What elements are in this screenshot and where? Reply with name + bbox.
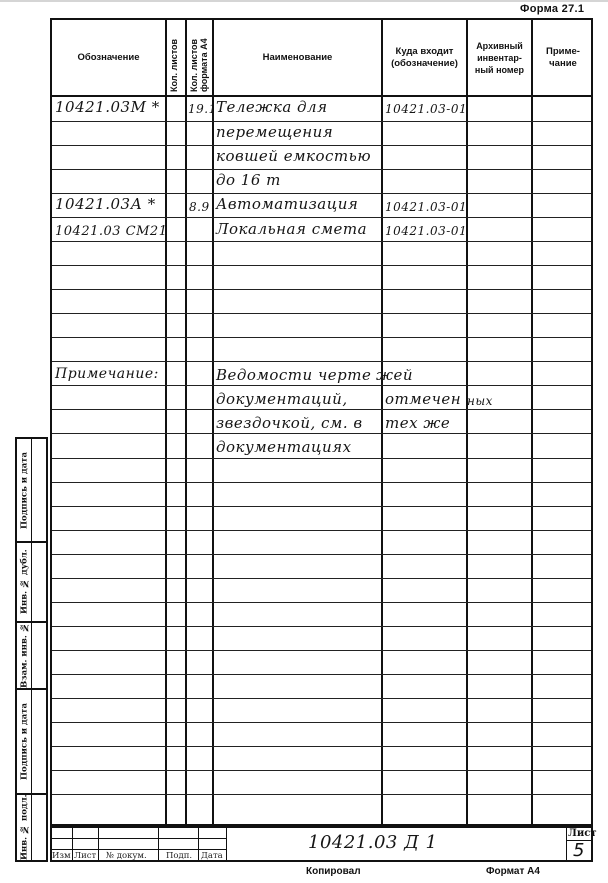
row-divider	[52, 265, 591, 266]
col-divider	[212, 20, 214, 824]
row-divider	[52, 554, 591, 555]
row-13-archive: ных	[467, 394, 493, 408]
title-block: Изм Лист № докум. Подп. Дата 10421.03 Д …	[50, 816, 593, 862]
row-divider	[52, 337, 591, 338]
side-stamp-duplicate-inv-no: Инв. № дубл.	[18, 543, 31, 621]
col-divider	[381, 20, 383, 824]
header-sheet-count-a4: Кол. листов	[189, 24, 199, 92]
row-divider	[52, 506, 591, 507]
row-divider	[52, 289, 591, 290]
header-note: Приме- чание	[533, 20, 593, 95]
header-designation: Обозначение	[52, 20, 165, 95]
row-5-name: Автоматизация	[216, 195, 358, 213]
row-divider	[52, 458, 591, 459]
side-stamp-replaced-inv-no: Взам. инв. №	[18, 623, 31, 688]
row-14-name: звездочкой, см. в	[216, 414, 363, 432]
row-divider	[52, 722, 591, 723]
row-13-where-used: отмечен	[385, 390, 461, 408]
document-code: 10421.03 Д 1	[308, 832, 437, 853]
row-divider	[52, 626, 591, 627]
row-divider	[52, 578, 591, 579]
side-stamp-signature-date-2: Подпись и дата	[18, 690, 31, 793]
header-where-used: Куда входит (обозначение)	[383, 20, 466, 95]
row-divider	[52, 361, 591, 362]
header-sheet-count: Кол. листов	[169, 24, 179, 92]
row-divider	[52, 169, 591, 170]
label-date: Дата	[201, 851, 223, 861]
row-2-name: перемещения	[216, 123, 333, 141]
form-label: Форма 27.1	[520, 3, 584, 15]
row-6-designation: 10421.03 СМ21	[55, 224, 167, 239]
row-divider	[52, 602, 591, 603]
label-change: Изм	[52, 851, 71, 861]
row-13-name: документаций,	[216, 390, 348, 408]
label-signature: Подп.	[166, 851, 192, 861]
header-divider	[52, 95, 591, 97]
row-1-sheet-count-a4: 19.1	[188, 102, 217, 116]
header-archive-number: Архивный инвентар- ный номер	[468, 20, 531, 95]
col-divider	[466, 20, 468, 824]
row-divider	[52, 145, 591, 146]
col-divider	[531, 20, 533, 824]
format-label: Формат А4	[486, 866, 540, 877]
row-12-designation: Примечание:	[55, 366, 159, 382]
col-divider	[185, 20, 187, 824]
header-sheet-count-a4-format: формата А4	[199, 24, 209, 92]
row-divider	[52, 409, 591, 410]
side-stamp: Подпись и дата Инв. № дубл. Взам. инв. №…	[15, 437, 48, 862]
sheet-number: 5	[573, 840, 584, 861]
row-divider	[52, 698, 591, 699]
row-divider	[52, 193, 591, 194]
col-divider	[165, 20, 167, 824]
side-stamp-original-inv-no: Инв. № подл.	[18, 795, 31, 860]
row-divider	[52, 674, 591, 675]
header-name: Наименование	[214, 20, 381, 95]
row-15-name: документациях	[216, 438, 352, 456]
row-4-name: до 16 т	[216, 171, 281, 189]
row-divider	[52, 770, 591, 771]
row-5-designation: 10421.03А *	[55, 195, 156, 213]
row-divider	[52, 217, 591, 218]
row-divider	[52, 482, 591, 483]
row-12-name: Ведомости черте	[216, 366, 371, 384]
row-6-where-used: 10421.03-01	[385, 224, 467, 238]
row-3-name: ковшей емкостью	[216, 147, 371, 165]
row-1-designation: 10421.03М *	[55, 98, 160, 116]
row-1-where-used: 10421.03-01	[385, 102, 467, 116]
scan-top-edge	[0, 0, 608, 2]
row-divider	[52, 530, 591, 531]
specification-table: Обозначение Кол. листов Кол. листов форм…	[50, 18, 593, 826]
copied-by-label: Копировал	[306, 866, 361, 877]
title-block-top-border	[50, 826, 593, 828]
label-sheet: Лист	[74, 851, 96, 861]
row-divider	[52, 121, 591, 122]
row-14-where-used: тех же	[385, 414, 450, 432]
row-12-where-used: жей	[376, 366, 413, 384]
sheet-label: Лист	[568, 828, 597, 839]
header-sheet-count-a4-line1: Кол. листов	[189, 39, 199, 92]
side-stamp-signature-date-1: Подпись и дата	[18, 439, 31, 541]
row-5-sheet-count-a4: 8.9	[189, 200, 210, 214]
row-divider	[52, 313, 591, 314]
label-doc-no: № докум.	[106, 851, 147, 861]
row-divider	[52, 794, 591, 795]
row-divider	[52, 433, 591, 434]
row-divider	[52, 385, 591, 386]
row-5-where-used: 10421.03-01	[385, 200, 467, 214]
row-divider	[52, 650, 591, 651]
row-divider	[52, 746, 591, 747]
row-6-name: Локальная смета	[216, 220, 367, 238]
row-1-name: Тележка для	[216, 98, 328, 116]
row-divider	[52, 241, 591, 242]
